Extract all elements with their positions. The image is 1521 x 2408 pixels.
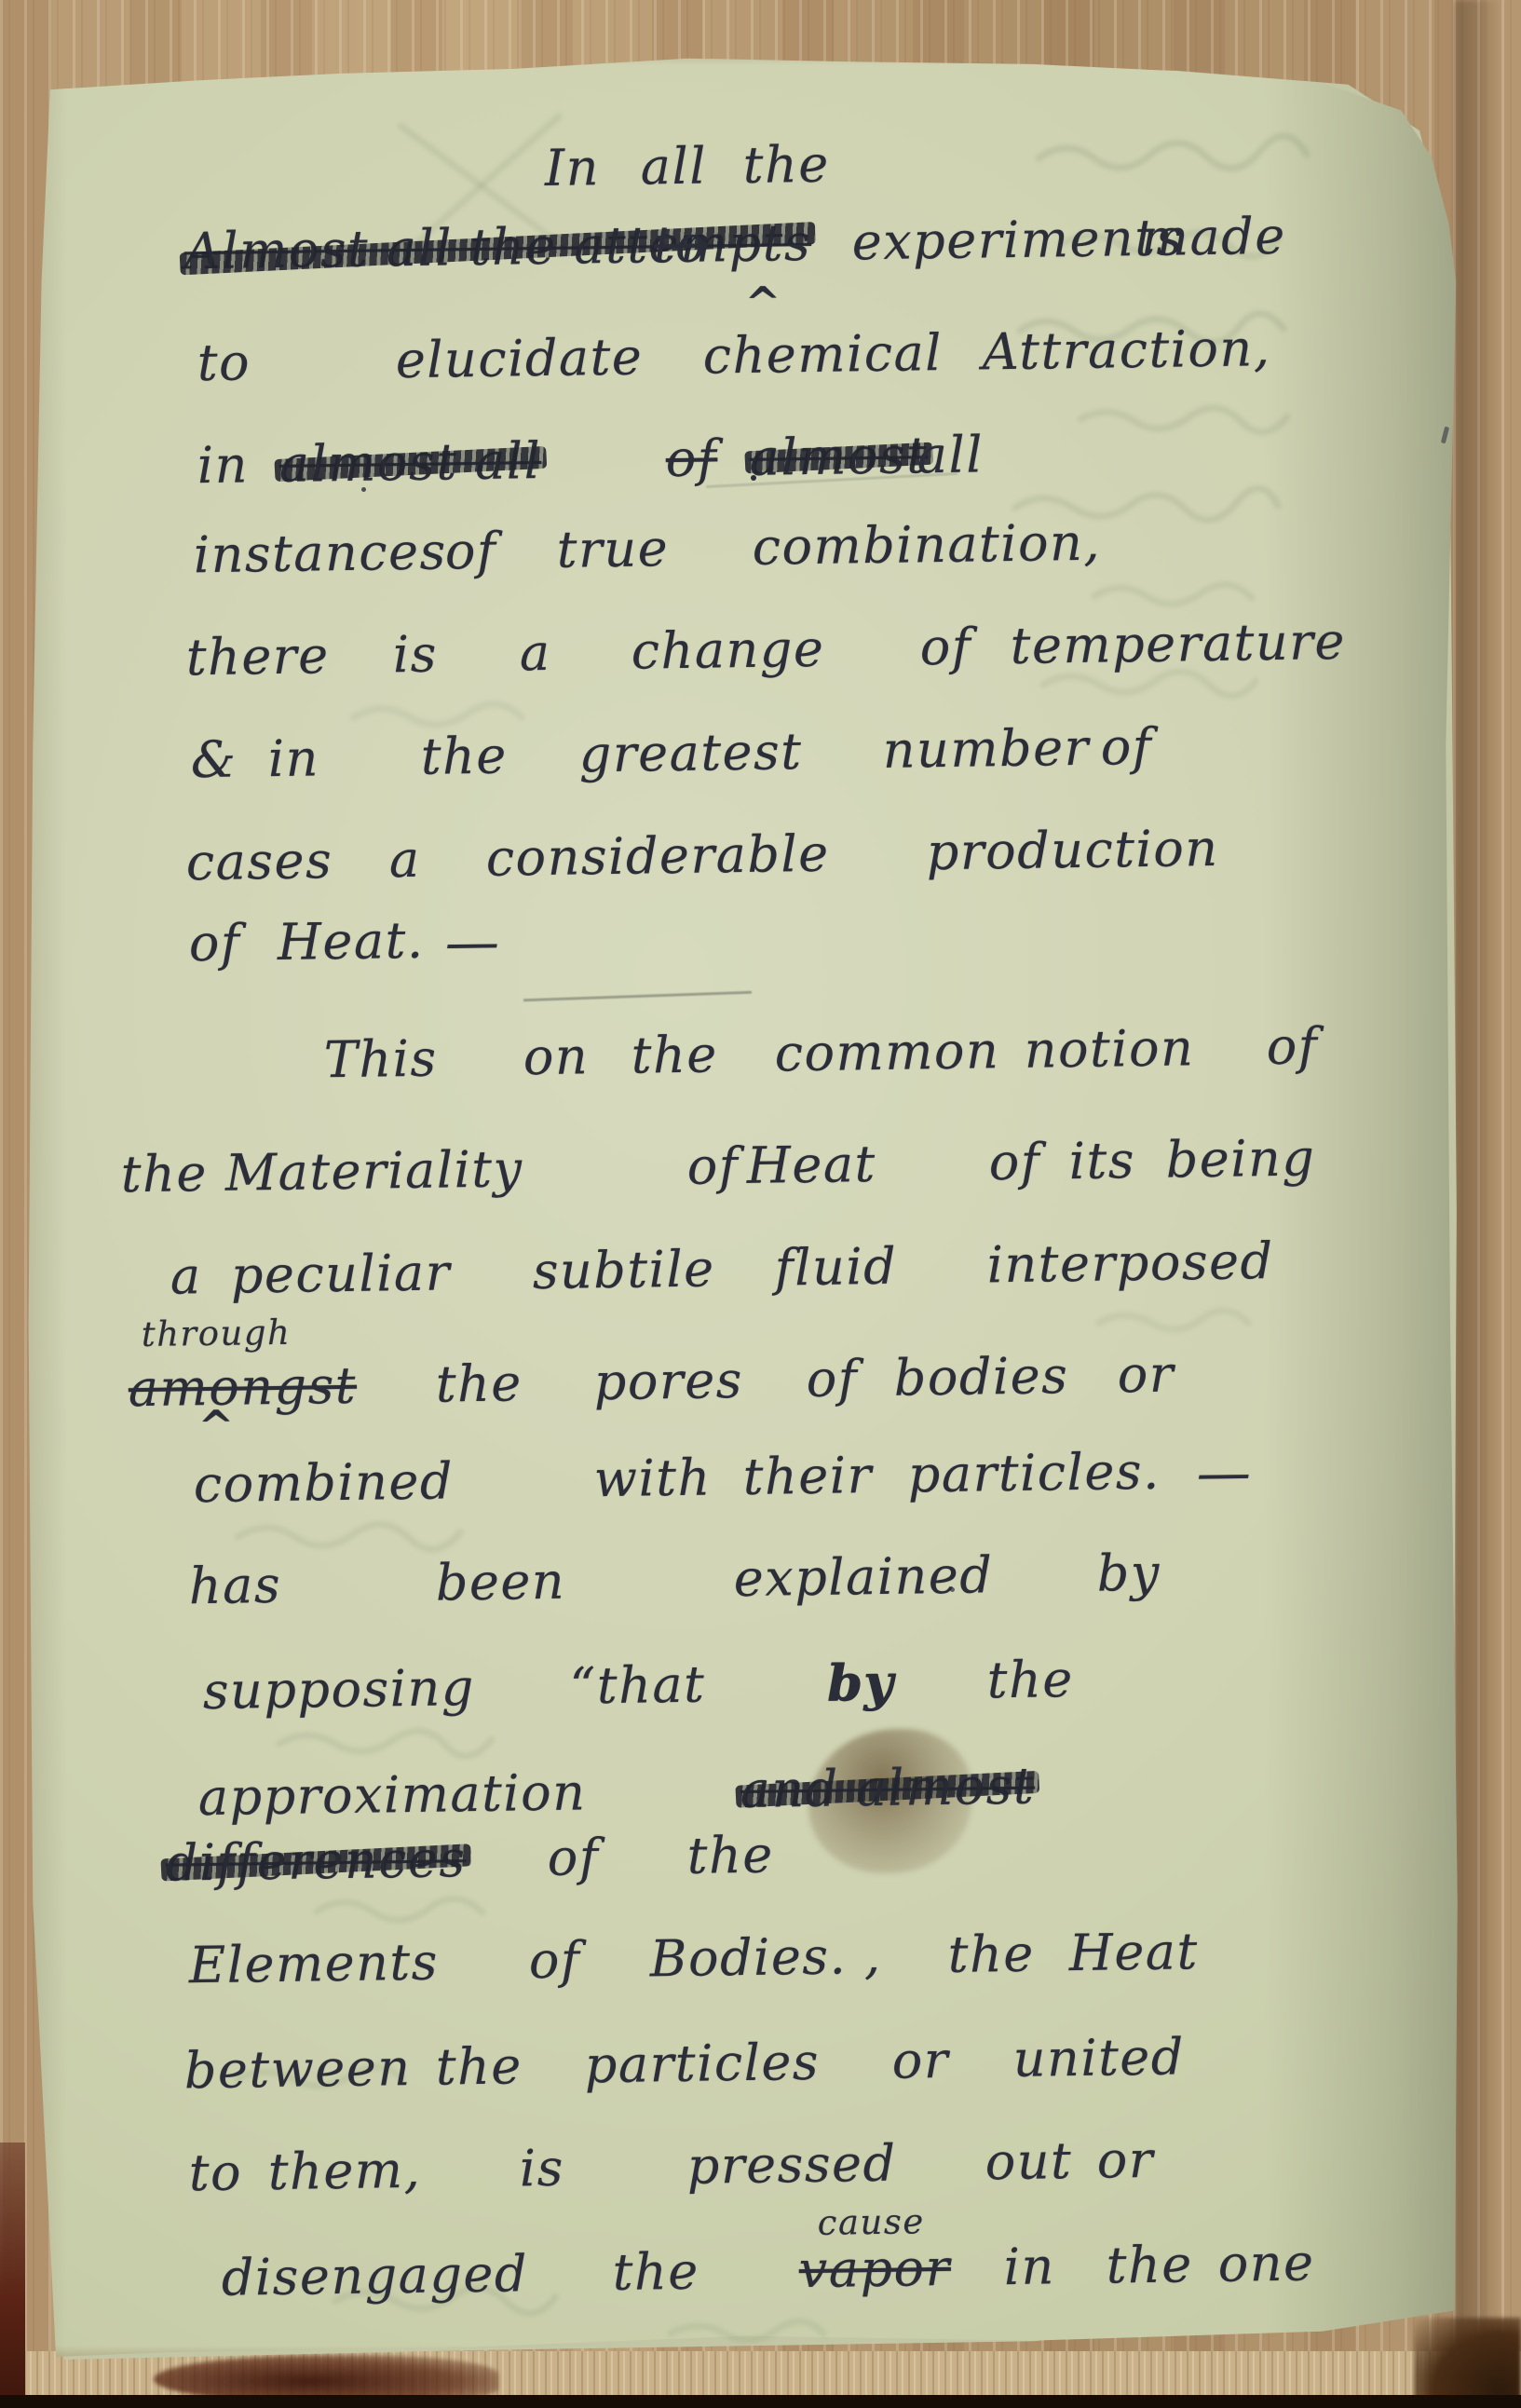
- word: being: [1165, 1128, 1316, 1189]
- word: Elements: [188, 1933, 439, 1995]
- word: Bodies. ,: [649, 1926, 882, 1988]
- word: out: [985, 2131, 1072, 2191]
- word: the: [1106, 2235, 1193, 2294]
- word: the: [420, 727, 508, 786]
- word: by: [826, 1653, 894, 1713]
- manuscript-line: ElementsofBodies. ,theHeat: [0, 1917, 1521, 2024]
- word: of: [547, 1828, 599, 1887]
- word: been: [435, 1552, 565, 1612]
- word: all: [917, 425, 984, 484]
- word: a: [170, 1246, 202, 1305]
- word: in: [1003, 2237, 1055, 2296]
- word: on: [523, 1027, 589, 1086]
- word: &: [190, 730, 237, 790]
- word: explained: [733, 1545, 993, 1608]
- word: or: [1096, 2130, 1154, 2190]
- word: or: [891, 2031, 949, 2090]
- word: peculiar: [230, 1243, 451, 1304]
- manuscript-line: betweentheparticlesorunited: [0, 2022, 1521, 2129]
- word: temperature: [1010, 612, 1346, 675]
- photo-bottom-edge: [0, 2395, 1521, 2408]
- word: particles.: [907, 1442, 1161, 1504]
- word: of: [1266, 1016, 1318, 1076]
- struck-out-word: differences: [165, 1830, 467, 1893]
- manuscript-line: instancesoftruecombination,: [0, 507, 1521, 614]
- word: between: [183, 2038, 411, 2100]
- manuscript-line: &inthegreatestnumberof: [0, 712, 1521, 819]
- word: production: [926, 819, 1219, 881]
- manuscript-line: thereisachangeoftemperature: [0, 609, 1521, 716]
- word: the: [120, 1144, 208, 1204]
- manuscript-line: hasbeenexplainedby: [0, 1538, 1521, 1645]
- word: of: [919, 618, 971, 677]
- word: supposing: [202, 1658, 475, 1721]
- word: the: [986, 1650, 1074, 1709]
- word: notion: [1024, 1018, 1194, 1080]
- word: the: [947, 1925, 1035, 1984]
- word: elucidate: [395, 327, 643, 389]
- word: greatest: [578, 722, 802, 783]
- word: is: [392, 625, 438, 685]
- manuscript-photo: InalltheAlmost all the attemptstoexperim…: [0, 0, 1521, 2408]
- word: number: [882, 718, 1090, 780]
- word: disengaged: [221, 2244, 528, 2307]
- word: of: [528, 1930, 580, 1990]
- word: Heat.: [277, 911, 424, 972]
- struck-out-word: and almost: [740, 1757, 1035, 1819]
- struck-out-word: vapor: [798, 2238, 951, 2299]
- manuscript-line: theMaterialityofHeatofitsbeing: [0, 1125, 1521, 1232]
- word: Heat: [746, 1135, 876, 1195]
- struck-out-word: Almost all the attempts: [183, 213, 811, 280]
- word: them,: [267, 2141, 421, 2201]
- word: the: [742, 135, 830, 195]
- struck-out-word: to: [653, 215, 707, 275]
- struck-out-word: of: [665, 429, 717, 488]
- manuscript-line: supposing“thatbythe: [0, 1643, 1521, 1750]
- word: experiments: [851, 208, 1184, 271]
- word: combined: [193, 1451, 454, 1514]
- word: the: [435, 2036, 523, 2096]
- word: the: [631, 1025, 718, 1084]
- word: the: [686, 1826, 774, 1885]
- word: approximation: [197, 1762, 586, 1827]
- word: all: [640, 137, 707, 197]
- word: “that: [569, 1655, 705, 1716]
- word: a: [519, 623, 551, 682]
- word: combination,: [752, 513, 1101, 577]
- ink-layer: InalltheAlmost all the attemptstoexperim…: [0, 0, 1521, 2408]
- struck-out-word: almost: [749, 426, 928, 487]
- word: true: [556, 519, 669, 579]
- word: has: [188, 1556, 281, 1615]
- word: one: [1217, 2233, 1315, 2292]
- word: in: [267, 728, 319, 788]
- word: considerable: [485, 824, 830, 888]
- word: change: [631, 619, 824, 681]
- word: cases: [185, 831, 333, 891]
- word: Heat: [1068, 1922, 1199, 1982]
- inserted-word: cause: [817, 2201, 925, 2243]
- struck-out-word: almost all: [278, 431, 541, 494]
- word: is: [519, 2139, 564, 2198]
- word: in: [197, 435, 249, 495]
- inserted-word: through: [141, 1313, 291, 1354]
- manuscript-line: inalmost allofalmostall: [0, 417, 1521, 524]
- word: In: [544, 138, 600, 197]
- word: Attraction,: [982, 319, 1270, 381]
- word: to: [197, 333, 251, 392]
- word: pressed: [686, 2134, 897, 2196]
- word: a: [388, 830, 421, 889]
- word: their: [742, 1446, 873, 1506]
- caret-mark: ^: [744, 277, 782, 328]
- word: interposed: [986, 1231, 1274, 1294]
- word: the: [612, 2242, 699, 2302]
- word: instances: [193, 522, 447, 584]
- word: its: [1068, 1131, 1135, 1190]
- word: united: [1012, 2027, 1185, 2088]
- word: particles: [584, 2033, 820, 2095]
- word: common: [774, 1021, 999, 1082]
- word: of: [188, 914, 240, 973]
- word: there: [185, 626, 330, 687]
- word: of: [686, 1136, 739, 1196]
- word: This: [323, 1029, 438, 1090]
- word: of: [1100, 717, 1152, 777]
- word: made: [1140, 207, 1286, 267]
- word: with: [593, 1448, 712, 1508]
- word: of: [988, 1133, 1040, 1192]
- word: of: [444, 522, 496, 581]
- word: subtile: [532, 1239, 715, 1300]
- word: to: [188, 2143, 242, 2202]
- word: chemical: [702, 323, 943, 386]
- caret-mark: ^: [197, 1401, 236, 1452]
- word: by: [1096, 1544, 1161, 1603]
- dash-flourish: —: [444, 910, 499, 974]
- word: fluid: [774, 1237, 897, 1298]
- dash-flourish: —: [1196, 1440, 1251, 1504]
- manuscript-line: Thisonthecommonnotionof: [0, 1014, 1521, 1121]
- word: Materiality: [224, 1139, 523, 1202]
